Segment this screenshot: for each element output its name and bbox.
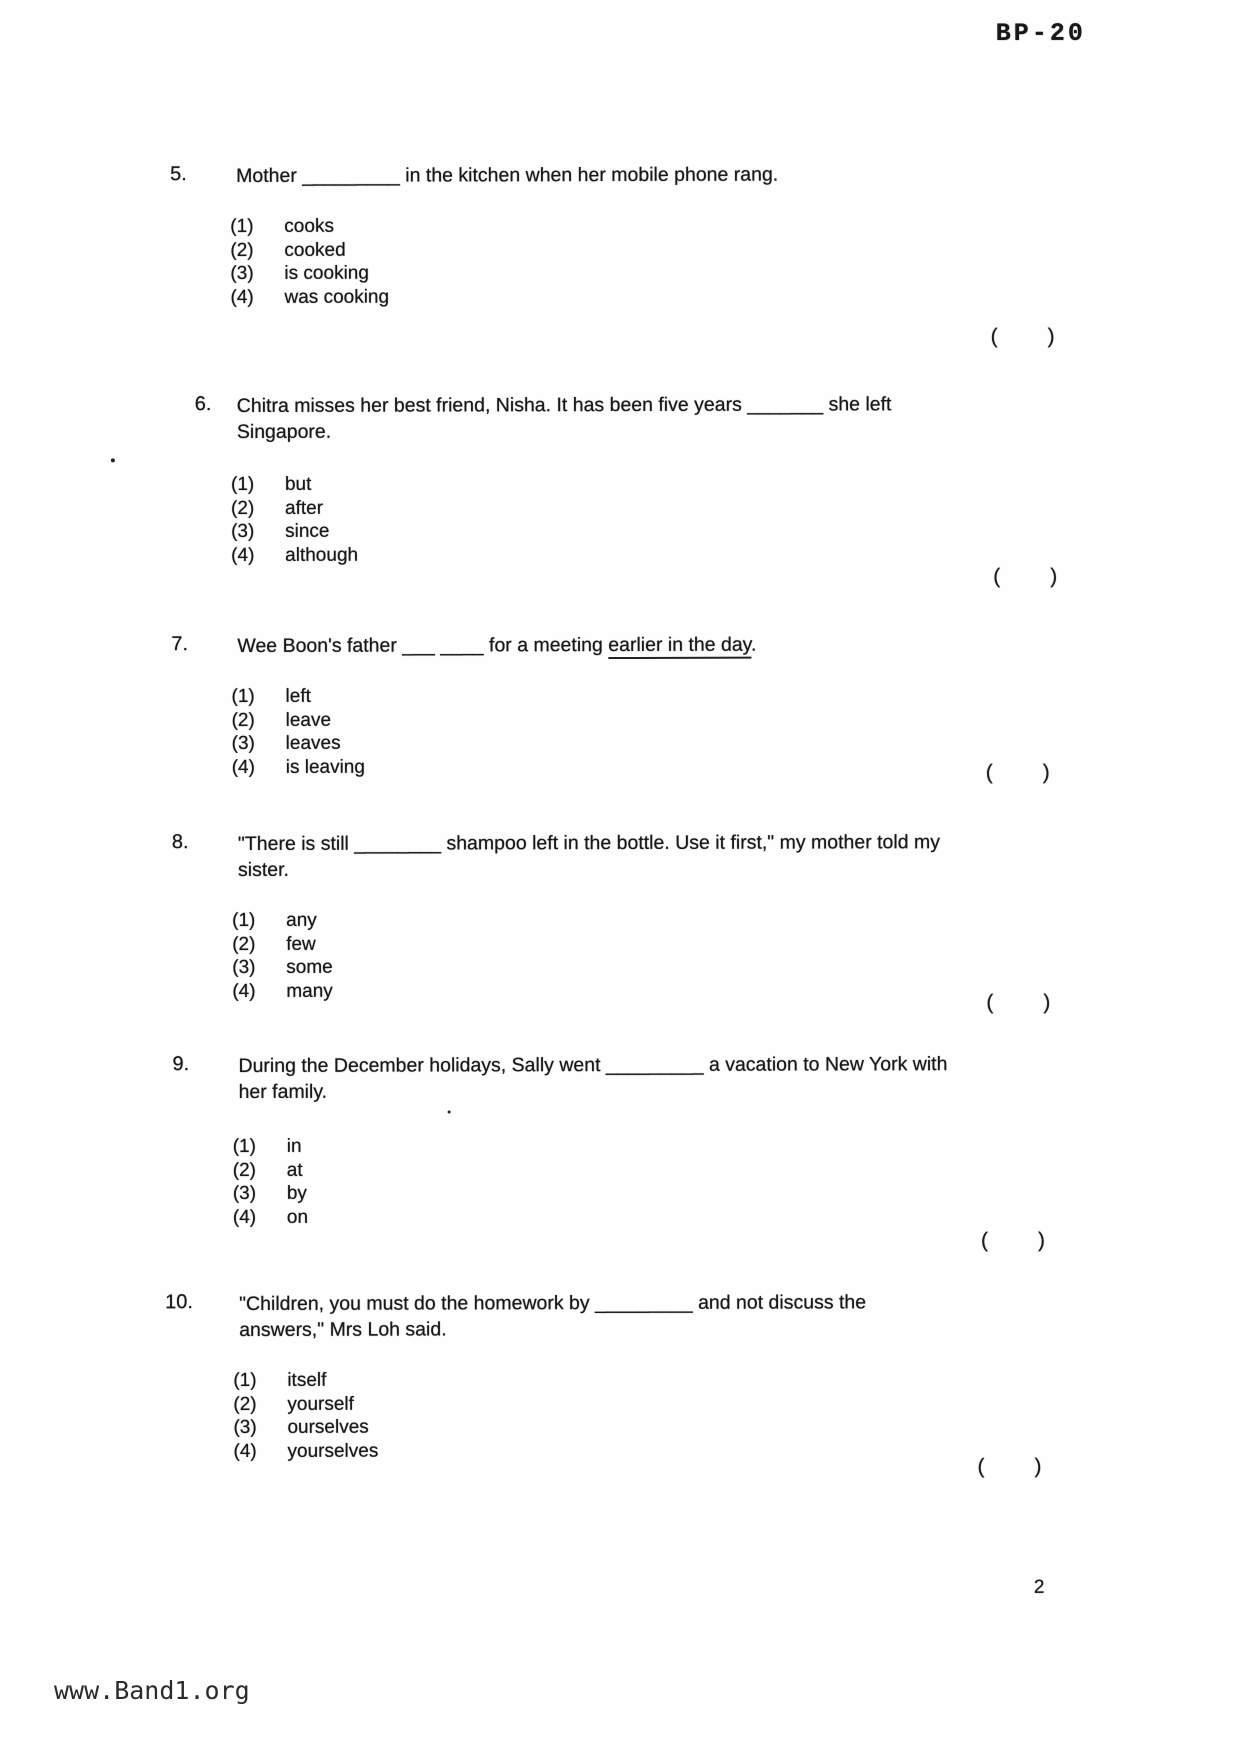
options-list: (1)any (2)few (3)some (4)many xyxy=(232,909,333,1003)
question-number: 5. xyxy=(170,163,187,186)
scan-artifact xyxy=(111,458,115,462)
option-4: (4)many xyxy=(232,979,333,1003)
question-number: 8. xyxy=(172,831,189,854)
answer-bracket-q8: () xyxy=(986,991,1050,1015)
option-4: (4)on xyxy=(233,1205,308,1229)
option-3: (3)is cooking xyxy=(230,262,389,286)
option-2: (2)after xyxy=(231,496,358,520)
scan-artifact xyxy=(448,1110,451,1113)
question-8: 8. "There is still ________ shampoo left… xyxy=(0,829,1100,832)
options-list: (1)itself (2)yourself (3)ourselves (4)yo… xyxy=(233,1369,378,1463)
option-2: (2)yourself xyxy=(233,1392,378,1416)
question-5: 5. Mother _________ in the kitchen when … xyxy=(0,161,1098,164)
question-10: 10. "Children, you must do the homework … xyxy=(1,1289,1101,1292)
underlined-phrase: earlier in the day xyxy=(608,634,751,659)
option-3: (3)ourselves xyxy=(233,1416,378,1440)
question-stem: Wee Boon's father ___ ____ for a meeting… xyxy=(237,632,756,659)
option-4: (4)was cooking xyxy=(230,285,389,309)
answer-bracket-q5: () xyxy=(991,325,1055,349)
question-stem: Mother _________ in the kitchen when her… xyxy=(236,162,778,189)
document-code: BP-20 xyxy=(996,19,1086,48)
answer-bracket-q6: () xyxy=(993,565,1057,589)
question-9: 9. During the December holidays, Sally w… xyxy=(0,1051,1100,1054)
options-list: (1)cooks (2)cooked (3)is cooking (4)was … xyxy=(230,215,389,309)
option-3: (3)some xyxy=(232,956,333,980)
question-stem: "Children, you must do the homework by _… xyxy=(239,1289,866,1343)
option-3: (3)leaves xyxy=(232,732,365,756)
option-2: (2)cooked xyxy=(230,238,389,262)
option-1: (1)but xyxy=(231,473,358,497)
option-1: (1)cooks xyxy=(230,215,389,239)
option-1: (1)left xyxy=(231,685,364,709)
options-list: (1)but (2)after (3)since (4)although xyxy=(231,473,358,567)
question-number: 9. xyxy=(172,1053,189,1076)
option-4: (4)although xyxy=(231,543,358,567)
option-4: (4)is leaving xyxy=(232,755,365,779)
question-stem: "There is still ________ shampoo left in… xyxy=(238,829,940,883)
option-2: (2)leave xyxy=(232,708,365,732)
option-2: (2)few xyxy=(232,932,333,956)
question-stem: Chitra misses her best friend, Nisha. It… xyxy=(237,391,892,445)
question-number: 10. xyxy=(165,1291,193,1314)
option-4: (4)yourselves xyxy=(233,1439,378,1463)
option-1: (1)any xyxy=(232,909,333,933)
scan-content: BP-20 5. Mother _________ in the kitchen… xyxy=(0,0,1239,1754)
exam-page: BP-20 5. Mother _________ in the kitchen… xyxy=(0,0,1239,1754)
answer-bracket-q9: () xyxy=(981,1229,1045,1253)
option-1: (1)itself xyxy=(233,1369,378,1393)
watermark-url: www.Band1.org xyxy=(54,1676,250,1705)
option-3: (3)by xyxy=(233,1182,308,1206)
question-stem: During the December holidays, Sally went… xyxy=(238,1051,947,1105)
question-7: 7. Wee Boon's father ___ ____ for a meet… xyxy=(0,631,1099,634)
question-number: 7. xyxy=(171,633,188,656)
question-6: 6. Chitra misses her best friend, Nisha.… xyxy=(0,391,1099,394)
page-number: 2 xyxy=(1034,1577,1045,1599)
answer-bracket-q7: () xyxy=(986,761,1050,785)
options-list: (1)in (2)at (3)by (4)on xyxy=(233,1135,308,1229)
options-list: (1)left (2)leave (3)leaves (4)is leaving xyxy=(231,685,364,779)
option-3: (3)since xyxy=(231,520,358,544)
answer-bracket-q10: () xyxy=(978,1455,1042,1479)
option-2: (2)at xyxy=(233,1158,308,1182)
option-1: (1)in xyxy=(233,1135,308,1159)
question-number: 6. xyxy=(195,393,212,416)
